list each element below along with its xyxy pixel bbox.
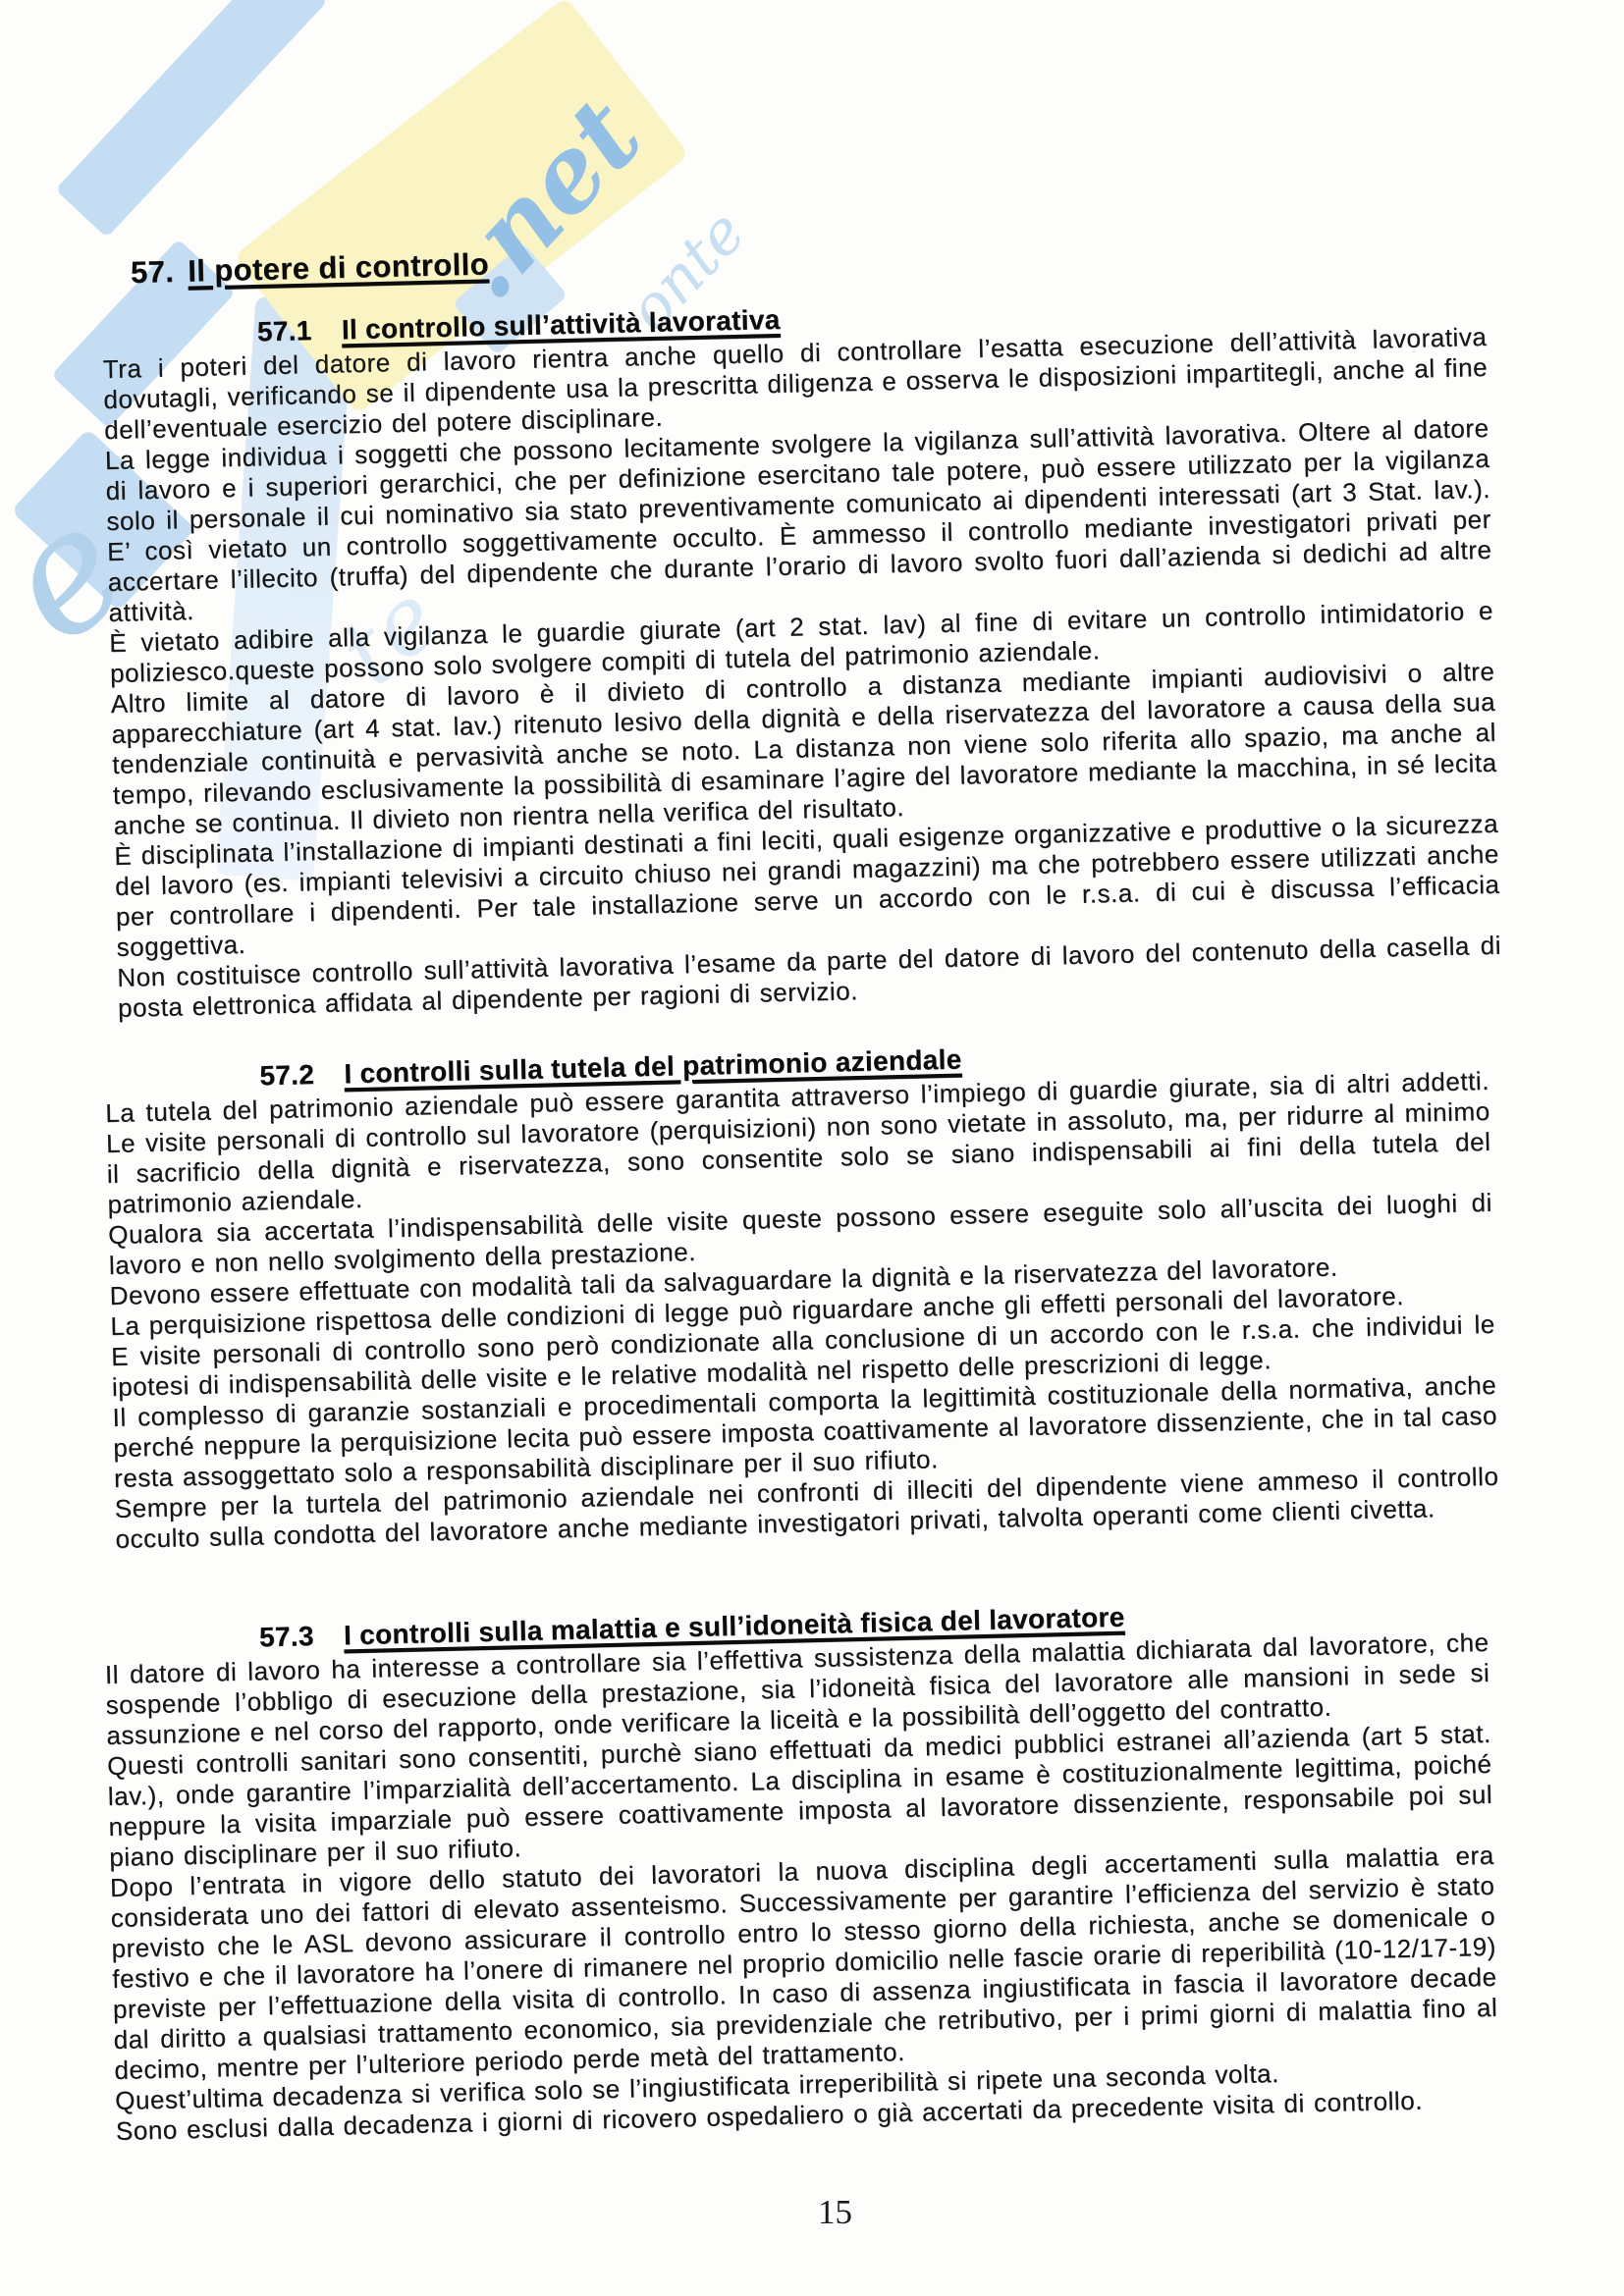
watermark-diagonal-stripe bbox=[55, 0, 328, 238]
paragraph: Dopo l’entrata in vigore dello statuto d… bbox=[110, 1841, 1499, 2086]
paragraph: La legge individua i soggetti che posson… bbox=[105, 413, 1493, 628]
chapter-title: Il potere di controllo bbox=[188, 246, 490, 288]
section-controllo-attivita-lavorativa: 57.1Il controllo sull’attività lavorativ… bbox=[102, 288, 1503, 1024]
section-number: 57.2 bbox=[259, 1059, 329, 1093]
section-number: 57.1 bbox=[257, 315, 327, 348]
section-malattia-idoneita-fisica: 57.3I controlli sulla malattia e sull’id… bbox=[104, 1593, 1500, 2147]
chapter-number: 57. bbox=[131, 254, 175, 290]
section-number: 57.3 bbox=[259, 1621, 329, 1654]
page-number: 15 bbox=[818, 2193, 852, 2232]
scanned-document-page: e te .net onte 57.Il potere di controllo… bbox=[0, 0, 1624, 2296]
section-tutela-patrimonio-aziendale: 57.2I controlli sulla tutela del patrimo… bbox=[104, 1032, 1499, 1555]
